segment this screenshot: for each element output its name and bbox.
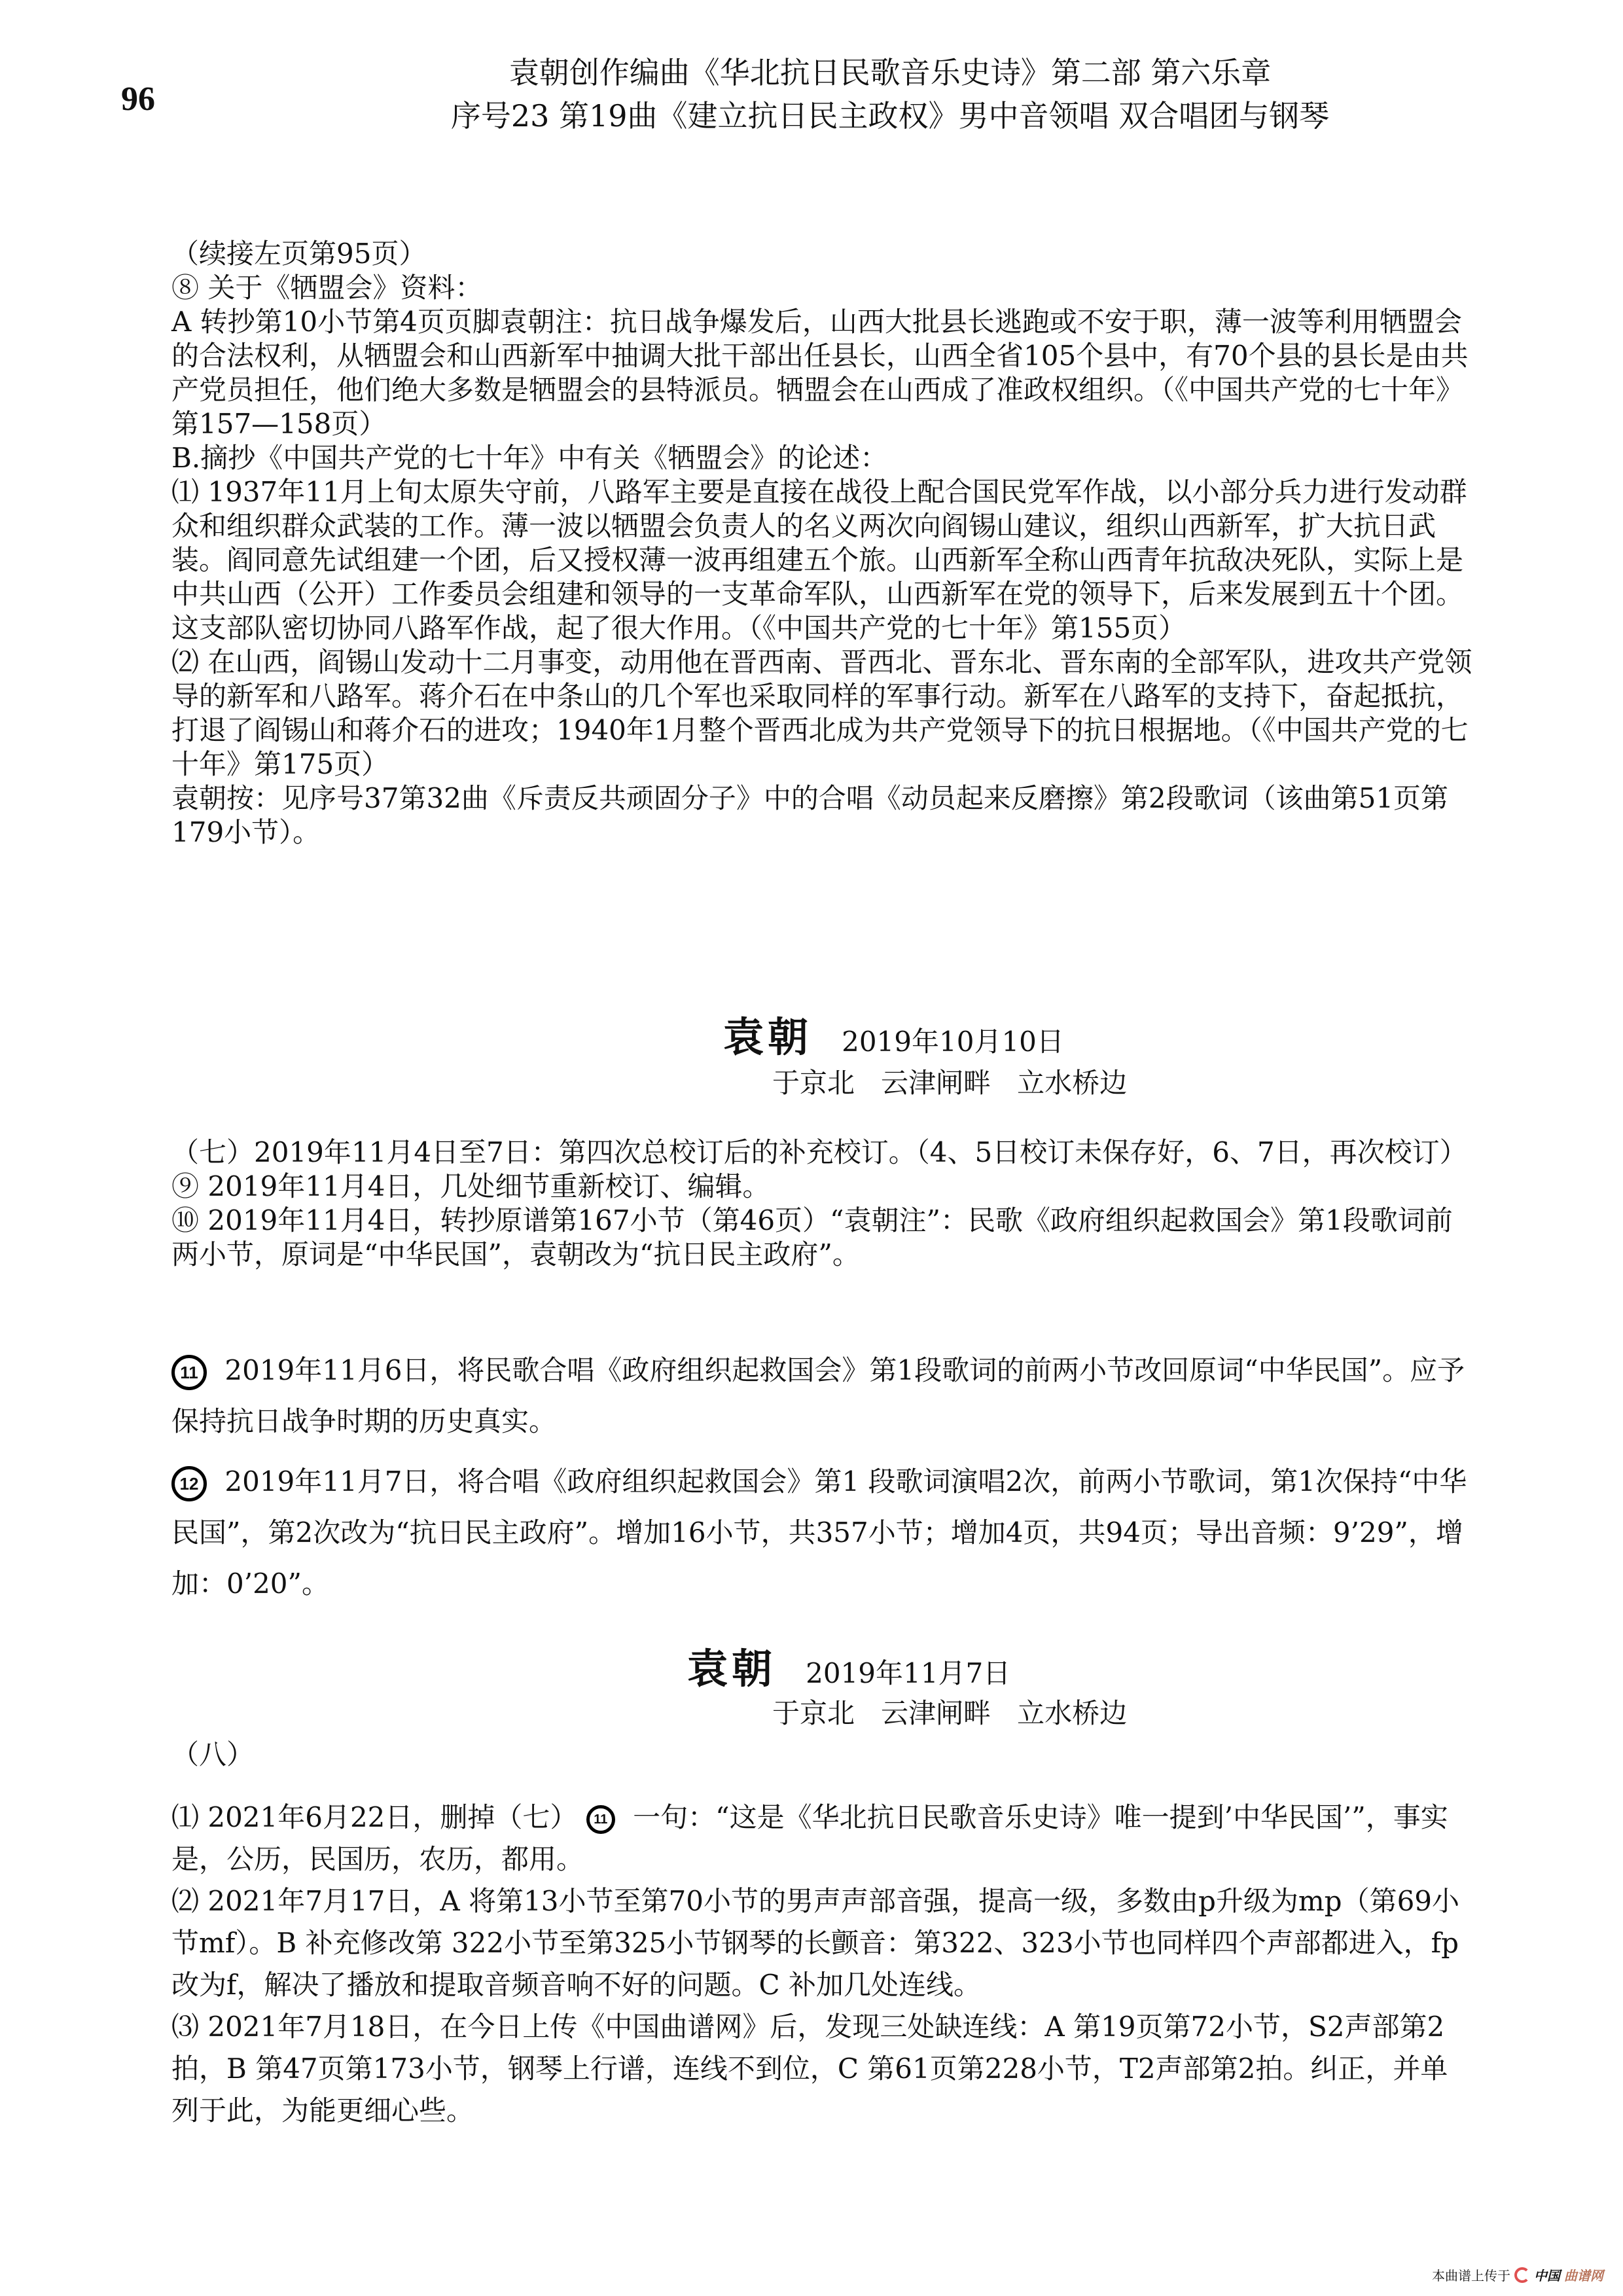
logo-icon [1514, 2267, 1530, 2283]
footer-prefix: 本曲谱上传于 [1432, 2265, 1510, 2284]
signature-place: 于京北 云津闸畔 立水桥边 [772, 1067, 1127, 1099]
section-7: （七）2019年11月4日至7日：第四次总校订后的补充校订。（4、5日校订未保存… [171, 1136, 1474, 1272]
section-a: （续接左页第95页） ⑧ 关于《牺盟会》资料： A 转抄第10小节第4页页脚袁朝… [171, 237, 1474, 850]
item-10-marker: ⑩ [171, 1204, 199, 1236]
section-8-heading: （八） [171, 1738, 1474, 1772]
page-number: 96 [121, 80, 155, 118]
paragraph-a: A 转抄第10小节第4页页脚袁朝注：抗日战争爆发后，山西大批县长逃跑或不安于职，… [171, 305, 1474, 441]
signature-date: 2019年11月7日 [806, 1657, 1010, 1689]
paragraph-b-title: B.摘抄《中国共产党的七十年》中有关《牺盟会》的论述： [171, 441, 1474, 475]
header-line-2: 序号23 第19曲《建立抗日民主政权》男中音领唱 双合唱团与钢琴 [366, 94, 1414, 137]
circled-12-icon: 12 [171, 1466, 207, 1501]
item-8-title: ⑧ 关于《牺盟会》资料： [171, 271, 1474, 305]
header-line-1: 袁朝创作编曲《华北抗日民歌音乐史诗》第二部 第六乐章 [366, 51, 1414, 94]
paragraph-b1: ⑴ 1937年11月上旬太原失守前，八路军主要是直接在战役上配合国民党军作战，以… [171, 475, 1474, 645]
signature-2-place: 于京北 云津闸畔 立水桥边 [772, 1692, 1127, 1731]
section-8-item-1: ⑴ 2021年6月22日，删掉（七） 11 一句：“这是《华北抗日民歌音乐史诗》… [171, 1797, 1474, 1880]
circled-11-icon: 11 [586, 1805, 615, 1834]
item-9-text: 2019年11月4日，几处细节重新校订、编辑。 [207, 1170, 770, 1202]
item-8-title-text: 关于《牺盟会》资料： [207, 272, 482, 304]
signature-1: 袁朝 2019年10月10日 [723, 1005, 1064, 1063]
item-11: 11 2019年11月6日，将民歌合唱《政府组织起救国会》第1段歌词的前两小节改… [171, 1345, 1474, 1447]
section-8-item-3: ⑶ 2021年7月18日，在今日上传《中国曲谱网》后，发现三处缺连线：A 第19… [171, 2006, 1474, 2132]
item-1-pre: ⑴ 2021年6月22日，删掉（七） [171, 1801, 577, 1833]
page-header: 袁朝创作编曲《华北抗日民歌音乐史诗》第二部 第六乐章 序号23 第19曲《建立抗… [366, 51, 1414, 137]
logo-text-2: 曲谱网 [1564, 2265, 1603, 2284]
item-9: ⑨ 2019年11月4日，几处细节重新校订、编辑。 [171, 1170, 1474, 1204]
item-12-text: 2019年11月7日，将合唱《政府组织起救国会》第1 段歌词演唱2次，前两小节歌… [171, 1465, 1467, 1600]
continued-note: （续接左页第95页） [171, 237, 1474, 271]
signature-1-place: 于京北 云津闸畔 立水桥边 [772, 1062, 1127, 1101]
circled-11-icon: 11 [171, 1355, 207, 1390]
item-10-text: 2019年11月4日，转抄原谱第167小节（第46页）“袁朝注”：民歌《政府组织… [171, 1204, 1453, 1270]
signature-place: 于京北 云津闸畔 立水桥边 [772, 1697, 1127, 1729]
item-9-marker: ⑨ [171, 1170, 199, 1202]
item-12: 12 2019年11月7日，将合唱《政府组织起救国会》第1 段歌词演唱2次，前两… [171, 1456, 1474, 1609]
signature-2: 袁朝 2019年11月7日 [687, 1636, 1010, 1695]
signature-date: 2019年10月10日 [842, 1026, 1064, 1058]
author-note: 袁朝按：见序号37第32曲《斥责反共顽固分子》中的合唱《动员起来反磨擦》第2段歌… [171, 781, 1474, 850]
item-10: ⑩ 2019年11月4日，转抄原谱第167小节（第46页）“袁朝注”：民歌《政府… [171, 1204, 1474, 1272]
footer-watermark: 本曲谱上传于 中国 曲谱网 [1432, 2265, 1603, 2284]
logo-text-1: 中国 [1534, 2265, 1560, 2284]
section-8: ⑴ 2021年6月22日，删掉（七） 11 一句：“这是《华北抗日民歌音乐史诗》… [171, 1797, 1474, 2132]
signature-name: 袁朝 [687, 1645, 776, 1693]
section-7-heading: （七）2019年11月4日至7日：第四次总校订后的补充校订。（4、5日校订未保存… [171, 1136, 1474, 1170]
paragraph-b2: ⑵ 在山西，阎锡山发动十二月事变，动用他在晋西南、晋西北、晋东北、晋东南的全部军… [171, 645, 1474, 781]
signature-name: 袁朝 [723, 1013, 812, 1061]
section-8-item-2: ⑵ 2021年7月17日，A 将第13小节至第70小节的男声声部音强，提高一级，… [171, 1880, 1474, 2006]
section-8-title: （八） [171, 1738, 1474, 1772]
item-11-text: 2019年11月6日，将民歌合唱《政府组织起救国会》第1段歌词的前两小节改回原词… [171, 1354, 1465, 1437]
item-8-marker: ⑧ [171, 272, 199, 304]
